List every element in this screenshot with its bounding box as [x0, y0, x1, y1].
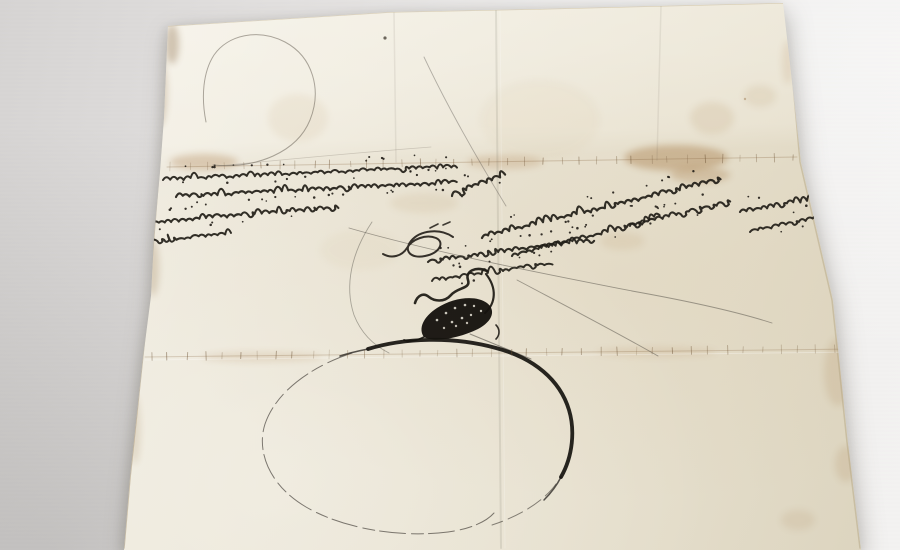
- diacritic-dot: [152, 229, 154, 231]
- diacritic-dot: [159, 228, 161, 230]
- diacritic-dot: [827, 184, 829, 186]
- diacritic-dot: [587, 196, 589, 198]
- diacritic-dot: [793, 212, 795, 214]
- diacritic-dot: [304, 176, 306, 178]
- diacritic-dot: [447, 247, 449, 249]
- foxing-stain: [320, 230, 400, 270]
- diacritic-dot: [261, 198, 263, 200]
- foxing-stain: [690, 102, 734, 134]
- foxing-stain: [390, 193, 458, 213]
- handwriting-line-4: [150, 229, 231, 243]
- handwriting-line-9: [750, 208, 853, 232]
- diacritic-dot: [331, 193, 333, 195]
- diacritic-dot: [701, 193, 703, 195]
- top-edge-shading: [168, 3, 783, 26]
- diacritic-dot: [550, 230, 552, 232]
- diacritic-dot: [445, 168, 447, 170]
- handwriting-line-11: [432, 264, 553, 281]
- diacritic-dot: [368, 156, 370, 158]
- ink-layer: [0, 0, 900, 550]
- diacritic-dot: [209, 224, 212, 227]
- diacritic-dot: [817, 204, 819, 206]
- diacritic-dot: [830, 201, 832, 203]
- diacritic-dot: [211, 221, 213, 223]
- ink-dot: [454, 307, 457, 310]
- diacritic-dot: [674, 203, 676, 205]
- stitch-mark: [187, 352, 188, 359]
- ink-dot: [383, 36, 386, 39]
- diacritic-dot: [435, 189, 437, 191]
- ink-dot: [461, 317, 464, 320]
- foxing-stain: [130, 396, 140, 464]
- diacritic-dot: [467, 175, 469, 177]
- diacritic-dot: [353, 177, 355, 179]
- foxing-stain: [782, 40, 794, 84]
- diacritic-dot: [386, 192, 388, 194]
- ink-dot: [466, 322, 468, 324]
- ellipse-sketch-thin-left: [262, 353, 494, 534]
- foxing-stain: [202, 352, 322, 362]
- diacritic-dot: [170, 207, 172, 209]
- diacritic-dot: [266, 200, 268, 202]
- ink-dot: [473, 305, 475, 307]
- diacritic-dot: [661, 179, 663, 181]
- diacritic-dot: [459, 266, 462, 269]
- diacritic-dot: [274, 180, 276, 182]
- fold-crease-vertical-right: [657, 6, 661, 160]
- diacritic-dot: [584, 226, 586, 228]
- diacritic-dot: [567, 220, 569, 222]
- diacritic-dot: [571, 226, 573, 228]
- diacritic-dot: [266, 164, 268, 166]
- diacritic-dot: [390, 190, 392, 192]
- ink-dot: [436, 319, 439, 322]
- diacritic-dot: [427, 169, 429, 171]
- ellipse-sketch-thick-arc: [368, 340, 572, 477]
- diacritic-dot: [510, 216, 512, 218]
- diacritic-dot: [663, 204, 665, 206]
- diacritic-dot: [442, 189, 445, 192]
- foxing-stain: [835, 446, 857, 482]
- document-paper: [0, 0, 900, 550]
- diacritic-dot: [191, 206, 193, 208]
- diacritic-dot: [630, 205, 632, 207]
- diacritic-dot: [590, 197, 592, 199]
- left-edge-shading: [124, 27, 166, 548]
- foxing-stain: [147, 240, 159, 296]
- diacritic-dot: [392, 191, 394, 193]
- diacritic-dot: [473, 279, 476, 282]
- handwriting-line-10: [428, 238, 594, 263]
- diacritic-dot: [692, 170, 694, 172]
- diacritic-dot: [612, 191, 614, 193]
- diacritic-dot: [499, 182, 501, 184]
- diacritic-dot: [592, 214, 594, 216]
- diacritic-dot: [452, 264, 454, 266]
- fold-crease-vertical-left: [394, 13, 396, 162]
- diacritic-dot: [182, 181, 184, 183]
- diacritic-dot: [226, 182, 229, 185]
- diacritic-dot: [817, 205, 819, 207]
- diacritic-dot: [780, 231, 782, 233]
- diacritic-dot: [461, 196, 463, 198]
- diacritic-dot: [196, 201, 198, 203]
- diacritic-dot: [184, 208, 186, 210]
- diacritic-dot: [294, 196, 296, 198]
- diacritic-dot: [251, 164, 253, 166]
- handwriting-line-3: [151, 206, 338, 223]
- ink-dot: [480, 310, 482, 312]
- diacritic-dot: [414, 155, 416, 157]
- diacritic-dot: [328, 194, 330, 196]
- handwriting-line-8: [740, 191, 853, 212]
- diacritic-dot: [540, 233, 542, 235]
- diacritic-dot: [381, 157, 383, 159]
- diacritic-dot: [565, 221, 567, 223]
- diacritic-dot: [614, 236, 616, 238]
- ink-dot: [443, 327, 445, 329]
- diacritic-dot: [649, 222, 651, 224]
- diacritic-dot: [550, 251, 552, 253]
- signature-comma-mark: [496, 325, 499, 339]
- diacritic-dot: [519, 257, 521, 259]
- ink-dot: [451, 321, 454, 324]
- diacritic-dot: [585, 224, 587, 226]
- diacritic-dot: [758, 197, 760, 199]
- diacritic-dot: [291, 215, 293, 217]
- diacritic-dot: [458, 263, 460, 265]
- stitch-mark: [835, 345, 836, 353]
- diacritic-dot: [533, 252, 535, 254]
- diacritic-dot: [538, 254, 540, 256]
- ink-dot: [744, 98, 746, 100]
- diacritic-dot: [646, 185, 648, 187]
- diacritic-dot: [248, 199, 250, 201]
- document-paper-wrap: [0, 0, 900, 550]
- diacritic-dot: [461, 282, 463, 284]
- diacritic-dot: [205, 204, 207, 206]
- stitch-mark: [705, 155, 706, 163]
- diacritic-dot: [286, 178, 288, 180]
- diacritic-dot: [410, 171, 412, 173]
- signature-flick: [470, 334, 531, 359]
- foxing-stain: [165, 24, 179, 64]
- stitch-mark: [617, 347, 618, 355]
- diacritic-dot: [513, 214, 515, 216]
- signature-ticks: [430, 222, 450, 228]
- diacritic-dot: [747, 196, 749, 198]
- stitch-mark: [276, 351, 277, 359]
- diacritic-dot: [697, 214, 699, 216]
- diacritic-dot: [151, 228, 153, 230]
- foxing-stain: [153, 58, 167, 126]
- signature-paraph-teardrop: [422, 298, 493, 339]
- ink-dot: [455, 325, 457, 327]
- diacritic-dot: [802, 225, 804, 227]
- diacritic-dot: [491, 238, 493, 240]
- stitch-mark: [437, 350, 438, 356]
- diacritic-dot: [528, 234, 531, 237]
- foxing-stain: [670, 167, 730, 183]
- diacritic-dot: [832, 183, 834, 185]
- diacritic-dot: [832, 200, 835, 203]
- diacritic-dot: [465, 245, 467, 247]
- diacritic-dot: [825, 204, 827, 206]
- handwriting-line-6: [482, 178, 721, 238]
- stitch-mark: [472, 159, 473, 165]
- foxing-stain: [170, 154, 238, 170]
- foxing-stain: [600, 232, 644, 250]
- photo-background: [0, 0, 900, 550]
- foxing-stain: [824, 338, 852, 406]
- ink-dot: [464, 304, 467, 307]
- diacritic-dot: [185, 165, 187, 167]
- diacritic-dot: [416, 174, 418, 176]
- hairline-arc-lower: [517, 280, 658, 356]
- foxing-stain: [268, 94, 328, 142]
- diacritic-dot: [520, 235, 522, 237]
- diacritic-dot: [435, 170, 437, 172]
- ink-dot: [819, 125, 822, 128]
- diacritic-dot: [283, 164, 285, 166]
- diacritic-dot: [657, 207, 659, 209]
- diacritic-dot: [274, 196, 276, 198]
- diacritic-dot: [242, 221, 244, 223]
- foxing-stain: [744, 85, 776, 107]
- diacritic-dot: [668, 176, 670, 178]
- diacritic-dot: [576, 227, 579, 230]
- diacritic-dot: [464, 174, 466, 176]
- diacritic-dot: [569, 232, 571, 234]
- ink-dot: [470, 314, 472, 316]
- diacritic-dot: [342, 193, 344, 195]
- diacritic-dot: [655, 205, 657, 207]
- foxing-stain: [781, 510, 815, 530]
- diacritic-dot: [489, 240, 491, 242]
- diacritic-dot: [445, 156, 447, 158]
- diacritic-dot: [805, 204, 808, 207]
- diacritic-dot: [313, 196, 316, 199]
- ink-dot: [445, 312, 448, 315]
- diacritic-dot: [663, 206, 665, 208]
